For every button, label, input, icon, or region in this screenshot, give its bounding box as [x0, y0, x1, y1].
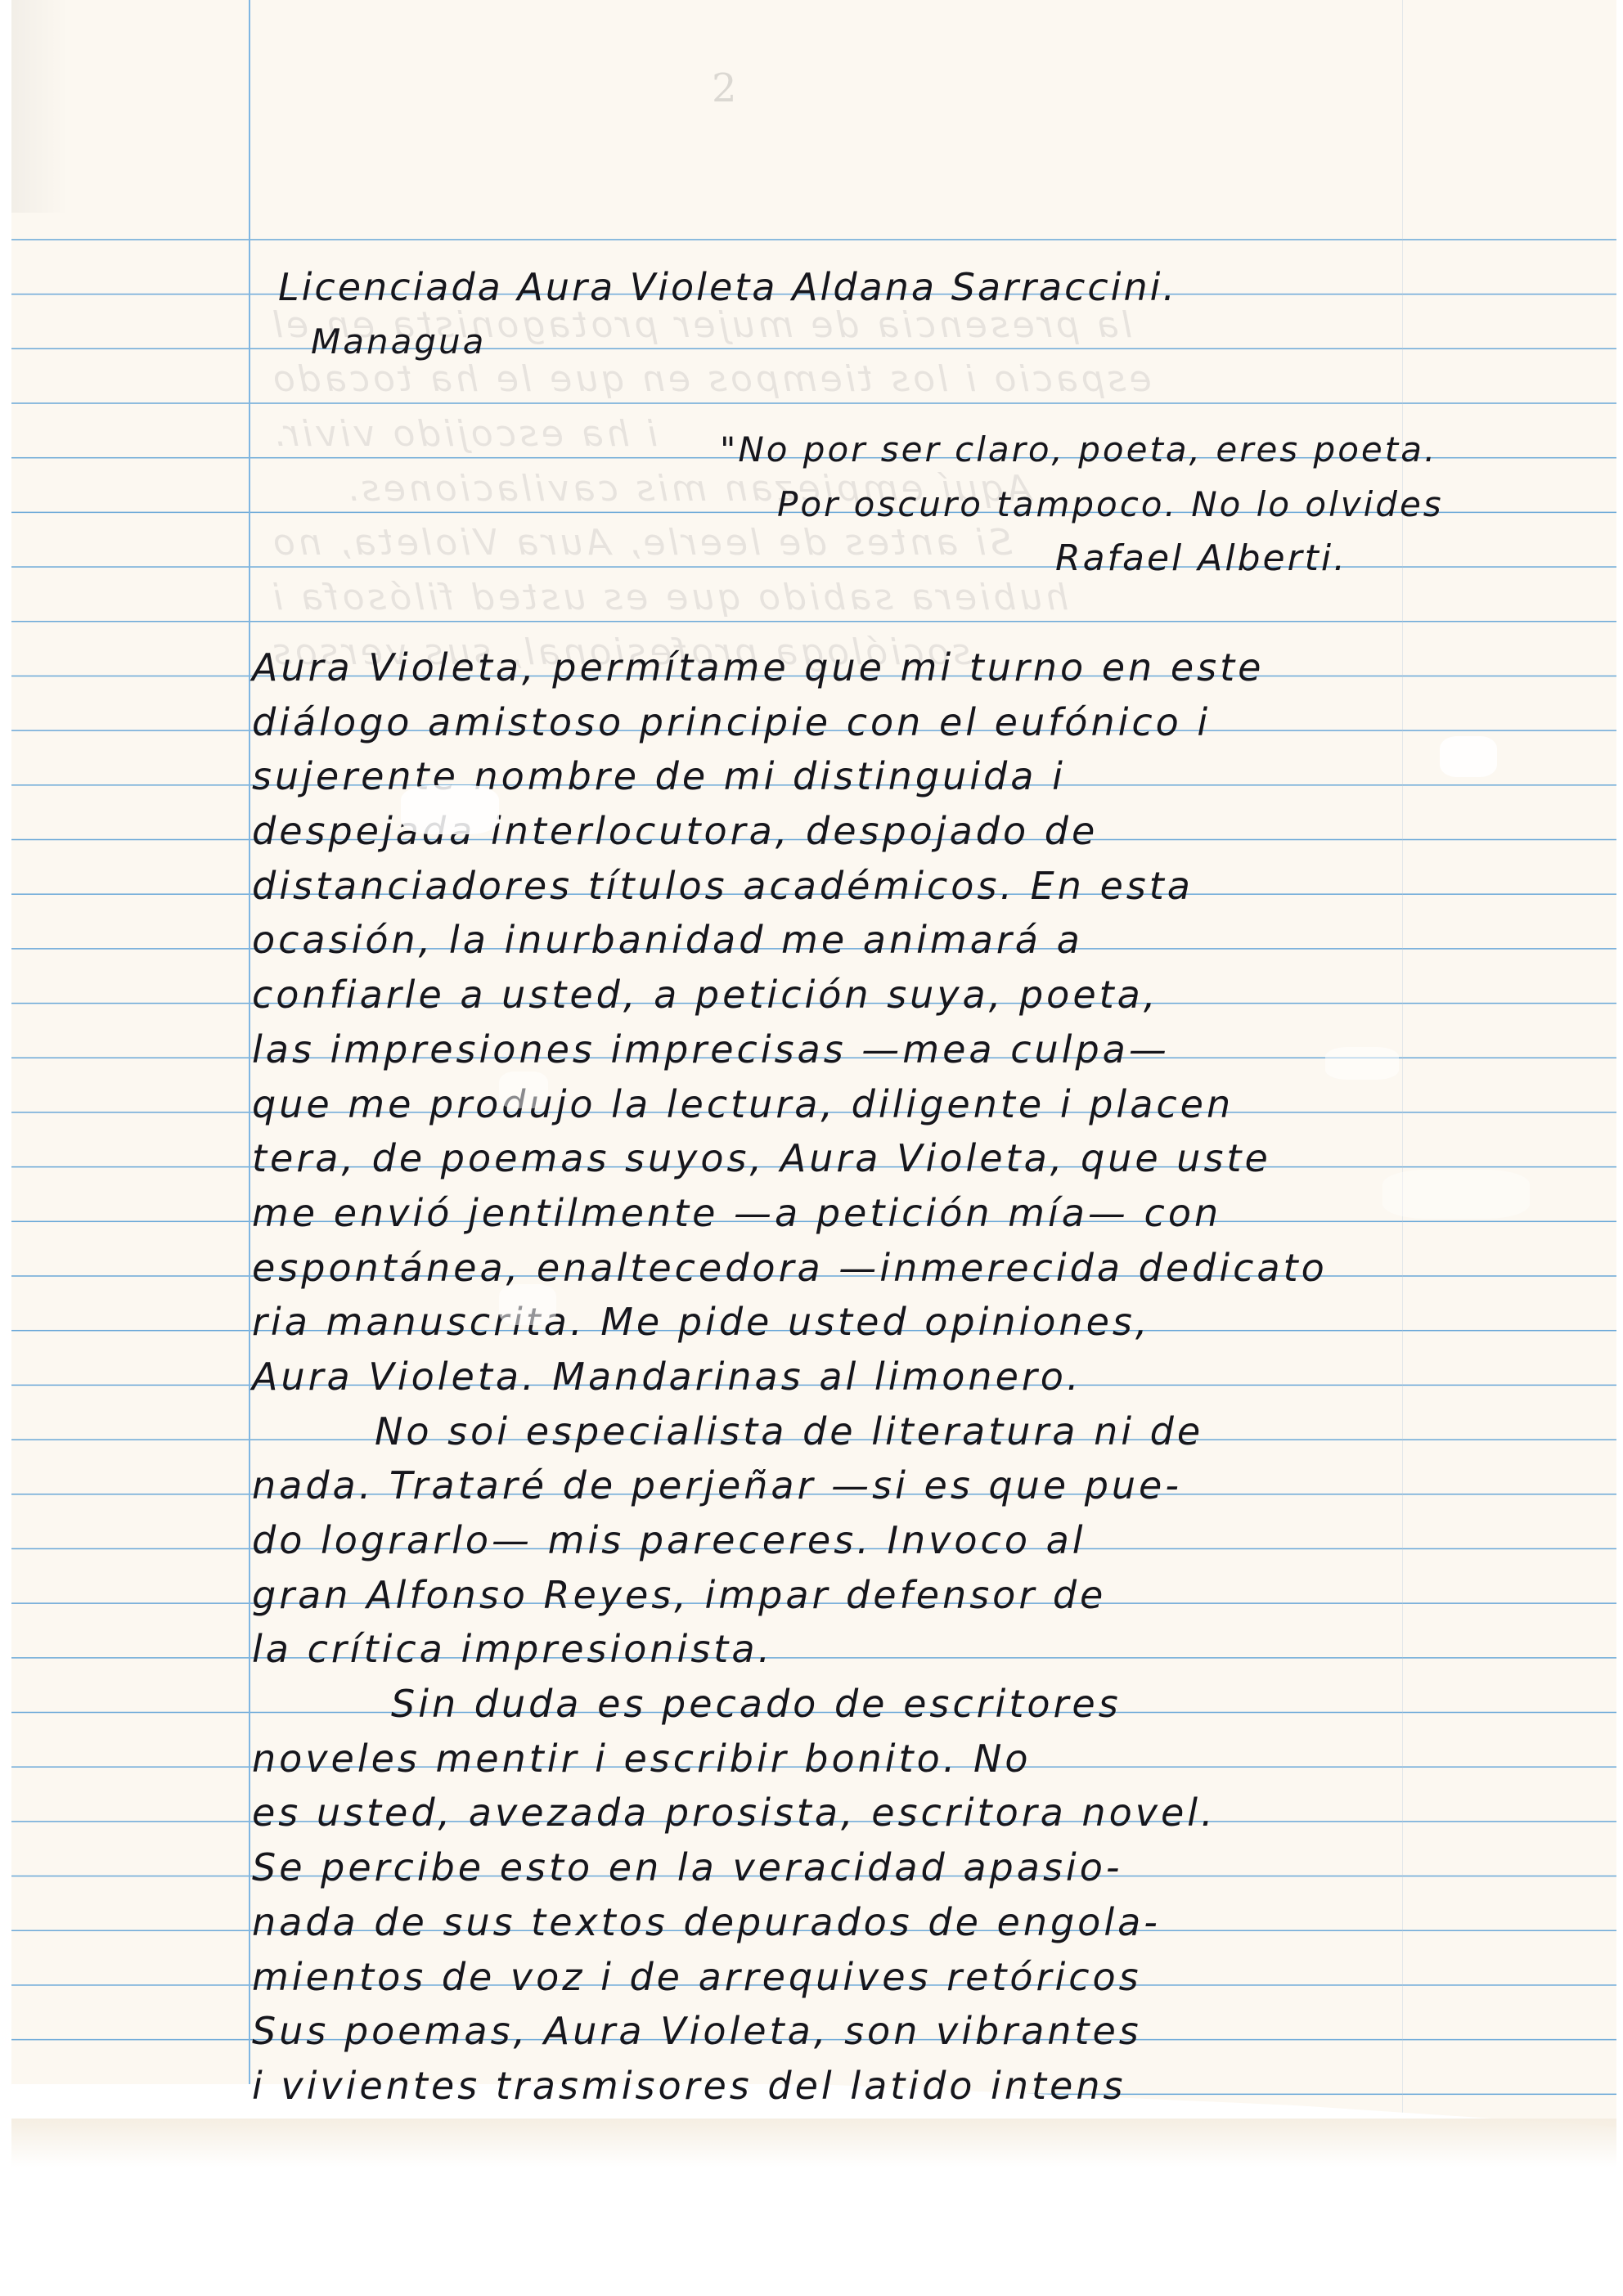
correction-fluid-patch	[1382, 1170, 1530, 1219]
correction-fluid-patch	[1440, 736, 1497, 777]
paper-header-area	[11, 0, 1616, 237]
letter-line: Se percibe esto en la veracidad apasio-	[252, 1840, 1618, 1895]
bleed-through-text: i ha escojido vivir.	[270, 413, 658, 455]
letter-line: noveles mentir i escribir bonito. No	[252, 1732, 1618, 1786]
addressee-line: Licenciada Aura Violeta Aldana Sarraccin…	[278, 260, 1177, 315]
letter-line: diálogo amistoso principie con el eufóni…	[252, 695, 1618, 750]
torn-bottom-edge	[11, 2119, 1616, 2168]
letter-line: ocasión, la inurbanidad me animará a	[252, 913, 1618, 968]
letter-line: nada de sus textos depurados de engola-	[252, 1895, 1618, 1950]
letter-line: Aura Violeta. Mandarinas al limonero.	[252, 1350, 1618, 1404]
letter-line: confiarle a usted, a petición suya, poet…	[252, 968, 1618, 1022]
page-number: 2	[712, 65, 737, 111]
letter-line: Sin duda es pecado de escritores	[252, 1677, 1618, 1732]
letter-line: distanciadores títulos académicos. En es…	[252, 859, 1618, 914]
letter-line: Aura Violeta, permítame que mi turno en …	[252, 640, 1618, 695]
letter-line: la crítica impresionista.	[252, 1622, 1618, 1677]
epigraph-author: Rafael Alberti.	[1055, 532, 1347, 586]
city-line: Managua	[311, 315, 486, 370]
letter-line: las impresiones imprecisas —mea culpa—	[252, 1022, 1618, 1077]
letter-line: que me produjo la lectura, diligente i p…	[252, 1077, 1618, 1132]
epigraph-line-1: "No por ser claro, poeta, eres poeta.	[720, 423, 1437, 478]
letter-line: i vivientes trasmisores del latido inten…	[252, 2059, 1618, 2114]
epigraph-line-2: Por oscuro tampoco. No lo olvides	[777, 478, 1444, 532]
letter-line: No soi especialista de literatura ni de	[252, 1404, 1618, 1459]
bleed-through-text: hubiera sabido que es usted filósofa i	[270, 577, 1068, 618]
margin-rule	[249, 0, 250, 2119]
correction-fluid-patch	[499, 1284, 556, 1325]
paper-fold-shadow	[11, 0, 69, 213]
letter-line: es usted, avezada prosista, escritora no…	[252, 1786, 1618, 1840]
letter-body: Aura Violeta, permítame que mi turno en …	[252, 640, 1618, 2114]
letter-line: ria manuscrita. Me pide usted opiniones,	[252, 1295, 1618, 1350]
letter-line: espontánea, enaltecedora —inmerecida ded…	[252, 1241, 1618, 1296]
correction-fluid-patch	[401, 785, 499, 834]
correction-fluid-patch	[1325, 1047, 1399, 1080]
letter-line: Sus poemas, Aura Violeta, son vibrantes	[252, 2004, 1618, 2059]
letter-line: do lograrlo— mis pareceres. Invoco al	[252, 1513, 1618, 1568]
letter-line: gran Alfonso Reyes, impar defensor de	[252, 1568, 1618, 1623]
letter-line: mientos de voz i de arrequives retóricos	[252, 1950, 1618, 2005]
letter-line: nada. Trataré de perjeñar —si es que pue…	[252, 1458, 1618, 1513]
correction-fluid-patch	[499, 1072, 548, 1108]
